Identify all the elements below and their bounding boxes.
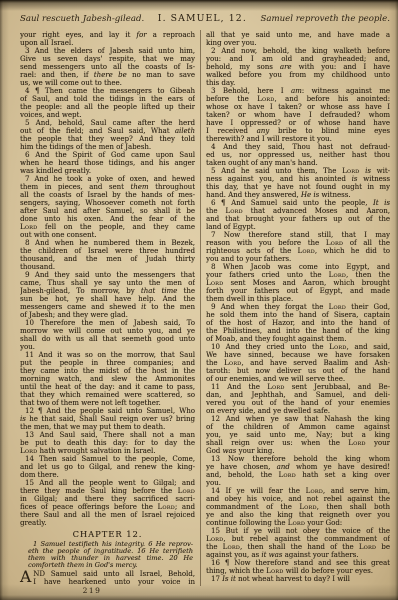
- text-line: commandment of the Lord, then shall both: [206, 503, 390, 511]
- text-line: of the host of Hazor, and into the hand …: [206, 319, 390, 327]
- text-line: all that ye said unto me, and have made …: [206, 31, 390, 39]
- page-number: 219: [62, 586, 122, 595]
- text-line: righteous acts of the Lord, which he did…: [206, 247, 390, 255]
- text-line: and that brought your fathers up out of …: [206, 215, 390, 223]
- text-line: your right eyes, and lay it for a reproa…: [20, 31, 195, 39]
- text-line: ye have chosen, and whom ye have desired…: [206, 463, 390, 471]
- text-line: continue following the Lord your God:: [206, 519, 390, 527]
- text-line: 8 When Jacob was come into Egypt, and: [206, 263, 390, 271]
- text-line: shall reign over us: when the Lord your: [206, 439, 390, 447]
- right-column: all that ye said unto me, and have made …: [206, 31, 390, 583]
- header-left-title: Saul rescueth Jabesh-gilead.: [20, 14, 144, 24]
- text-line: Lord sent Moses and Aaron, which brought: [206, 279, 390, 287]
- text-line: 8 And when he numbered them in Bezek,: [20, 239, 195, 247]
- text-line: ND Samuel said unto all Israel, Behold,: [33, 570, 195, 578]
- text-line: out of the field; and Saul said, What ai…: [20, 127, 195, 135]
- chapter-summary: 1 Samuel testifieth his integrity. 6 He …: [20, 541, 195, 569]
- text-line: sun be hot, ye shall have help. And the: [20, 295, 195, 303]
- text-line: walked before you from my childhood unto: [206, 71, 390, 79]
- text-line: 3 Behold, here I am: witness against me: [206, 87, 390, 95]
- text-line: upon all Israel.: [20, 39, 195, 47]
- text-line: taken ought of any man's hand.: [206, 159, 390, 167]
- text-line: there they made Saul king before the Lor…: [20, 487, 195, 495]
- text-line: 4 ¶ Then came the messengers to Gibeah: [20, 87, 195, 95]
- text-line: out with one consent.: [20, 231, 195, 239]
- text-line: 10 Therefore the men of Jabesh said, To: [20, 319, 195, 327]
- text-line: the people that they weep? And they told: [20, 135, 195, 143]
- text-line: and obey his voice, and not rebel agains…: [206, 495, 390, 503]
- text-line: came, Thus shall ye say unto the men of: [20, 279, 195, 287]
- text-line: you, ye said unto me, Nay; but a king: [206, 431, 390, 439]
- text-line: have I oppressed? or of whose hand have: [206, 119, 390, 127]
- book-page-photo: Saul rescueth Jabesh-gilead. I. SAMUEL, …: [0, 0, 398, 600]
- text-line: and let us go to Gilgal, and renew the k…: [20, 463, 195, 471]
- text-line: thousand.: [20, 263, 195, 271]
- text-line: you.: [20, 343, 195, 351]
- drop-cap: A: [20, 570, 31, 585]
- text-line: this day.: [206, 79, 390, 87]
- text-line: against you, as it was against your fath…: [206, 551, 390, 559]
- right-column-text: all that ye said unto me, and have made …: [206, 31, 390, 583]
- left-column-text: your right eyes, and lay it for a reproa…: [20, 31, 195, 527]
- text-line: 1 Samuel testifieth his integrity. 6 He …: [28, 541, 193, 548]
- text-line: and, behold, the Lord hath set a king ov…: [206, 471, 390, 479]
- text-line: We have sinned, because we have forsaken: [206, 351, 390, 359]
- text-line: 7 And he took a yoke of oxen, and hewed: [20, 175, 195, 183]
- text-line: of Moab, and they fought against them.: [206, 335, 390, 343]
- text-line: in Gilgal; and there they sacrificed sac…: [20, 495, 195, 503]
- text-line: 14 If ye will fear the Lord, and serve h…: [206, 487, 390, 495]
- text-line: comforteth them in God's mercy.: [28, 562, 193, 569]
- text-line: 5 And he said unto them, The Lord is wit…: [206, 167, 390, 175]
- text-line: 12 And when ye saw that Nahash the king: [206, 415, 390, 423]
- text-line: reason with you before the Lord of all t…: [206, 239, 390, 247]
- text-line: send messengers unto all the coasts of I…: [20, 63, 195, 71]
- text-line: 9 And they said unto the messengers that: [20, 271, 195, 279]
- text-line: you and to your fathers.: [206, 255, 390, 263]
- text-line: them with thunder in harvest time. 20 He: [28, 555, 193, 562]
- text-line: taroth: but now deliver us out of the ha…: [206, 367, 390, 375]
- text-line: of Saul, and told the tidings in the ear…: [20, 95, 195, 103]
- text-line: thing, which the Lord will do before you…: [206, 567, 390, 575]
- text-line: of our enemies, and we will serve thee.: [206, 375, 390, 383]
- text-line: him the tidings of the men of Jabesh.: [20, 143, 195, 151]
- scanned-bible-page: Saul rescueth Jabesh-gilead. I. SAMUEL, …: [0, 0, 398, 600]
- text-line: Jabesh-gilead, To morrow, by that time t…: [20, 287, 195, 295]
- text-line: all the coasts of Israel by the hands of…: [20, 191, 195, 199]
- text-line: them in pieces, and sent them throughout: [20, 183, 195, 191]
- text-line: 7 Now therefore stand still, that I may: [206, 231, 390, 239]
- text-line: was kindled greatly.: [20, 167, 195, 175]
- text-line: ye and also the king that reigneth over …: [206, 511, 390, 519]
- text-line: until the heat of the day: and it came t…: [20, 383, 195, 391]
- text-line: shall do with us all that seemeth good u…: [20, 335, 195, 343]
- text-line: that they which remained were scattered,…: [20, 391, 195, 399]
- text-line: the people: and all the people lifted up…: [20, 103, 195, 111]
- text-line: after Saul and after Samuel, so shall it…: [20, 207, 195, 215]
- text-line: be put to death this day: for to day the: [20, 439, 195, 447]
- text-line: 2 And now, behold, the king walketh befo…: [206, 47, 390, 55]
- text-line: Lord, but rebel against the commandment …: [206, 535, 390, 543]
- text-line: 10 And they cried unto the Lord, and sai…: [206, 343, 390, 351]
- text-line: on every side, and ye dwelled safe.: [206, 407, 390, 415]
- text-line: this day, that ye have not found ought i…: [206, 183, 390, 191]
- text-line: 3 And the elders of Jabesh said unto him…: [20, 47, 195, 55]
- text-line: king over you.: [206, 39, 390, 47]
- text-line: messengers came and shewed it to the men: [20, 303, 195, 311]
- text-line: is he that said, Shall Saul reign over u…: [20, 415, 195, 423]
- text-line: you.: [206, 479, 390, 487]
- text-line: God was your king.: [206, 447, 390, 455]
- text-line: greatly.: [20, 519, 195, 527]
- text-line: sengers, saying, Whosoever cometh not fo…: [20, 199, 195, 207]
- text-line: 15 And all the people went to Gilgal; an…: [20, 479, 195, 487]
- text-line: fices of peace offerings before the Lord…: [20, 503, 195, 511]
- text-line: Give us seven days' respite, that we may: [20, 55, 195, 63]
- text-line: vered you out of the hand of your enemie…: [206, 399, 390, 407]
- text-line: eth the people of ingratitude. 16 He ter…: [28, 548, 193, 555]
- text-line: Lord fell on the people, and they came: [20, 223, 195, 231]
- text-line: ed us, nor oppressed us, neither hast th…: [206, 151, 390, 159]
- text-line: 4 And they said, Thou hast not defraud-: [206, 143, 390, 151]
- text-line: 14 Then said Samuel to the people, Come,: [20, 455, 195, 463]
- text-line: 6 ¶ And Samuel said unto the people, It …: [206, 199, 390, 207]
- text-line: he sold them into the hand of Sisera, ca…: [206, 311, 390, 319]
- verse-1-paragraph: A ND Samuel said unto all Israel, Behold…: [20, 570, 195, 586]
- text-line: the Lord, then shall the hand of the Lor…: [206, 543, 390, 551]
- text-line: 13 And Saul said, There shall not a man: [20, 431, 195, 439]
- text-line: the Lord that advanced Moses and Aaron,: [206, 207, 390, 215]
- text-line: 6 And the Spirit of God came upon Saul: [20, 151, 195, 159]
- text-line: them dwell in this place.: [206, 295, 390, 303]
- text-line: you: and I am old and grayheaded; and,: [206, 55, 390, 63]
- text-line: 11 And it was so on the morrow, that Sau…: [20, 351, 195, 359]
- text-line: there Saul and all the men of Israel rej…: [20, 511, 195, 519]
- text-line: 12 ¶ And the people said unto Samuel, Wh…: [20, 407, 195, 415]
- text-line: the men, that we may put them to death.: [20, 423, 195, 431]
- text-line: 15 But if ye will not obey the voice of …: [206, 527, 390, 535]
- text-line: whose ox have I taken? or whose ass have…: [206, 103, 390, 111]
- text-line: taken? or whom have I defrauded? whom: [206, 111, 390, 119]
- text-line: they came into the midst of the host in …: [20, 367, 195, 375]
- text-line: hand. And they answered, He is witness.: [206, 191, 390, 199]
- text-line: 11 And the Lord sent Jerubbaal, and Be-: [206, 383, 390, 391]
- text-line: I have hearkened unto your voice in: [33, 578, 195, 586]
- text-line: before the Lord, and before his anointed…: [206, 95, 390, 103]
- left-column: your right eyes, and lay it for a reproa…: [20, 31, 195, 586]
- text-line: land of Egypt.: [206, 223, 390, 231]
- text-line: forth your fathers out of Egypt, and mad…: [206, 287, 390, 295]
- text-line: the Lord, and have served Baalim and Ash…: [206, 359, 390, 367]
- text-line: 5 And, behold, Saul came after the herd: [20, 119, 195, 127]
- text-line: 13 Now therefore behold the king whom: [206, 455, 390, 463]
- text-line: put the people in three companies; and: [20, 359, 195, 367]
- text-line: thousand, and the men of Judah thirty: [20, 255, 195, 263]
- text-line: Lord hath wrought salvation in Israel.: [20, 447, 195, 455]
- column-divider-rule: [200, 30, 201, 586]
- text-line: your fathers cried unto the Lord, then t…: [206, 271, 390, 279]
- text-line: when he heard those tidings, and his ang…: [20, 159, 195, 167]
- text-line: 16 ¶ Now therefore stand and see this gr…: [206, 559, 390, 567]
- text-line: dom there.: [20, 471, 195, 479]
- text-line: the children of Israel were three hundre…: [20, 247, 195, 255]
- text-line: therewith? and I will restore it you.: [206, 135, 390, 143]
- text-line: dan, and Jephthah, and Samuel, and deli-: [206, 391, 390, 399]
- text-line: I received any bribe to blind mine eyes: [206, 127, 390, 135]
- header-book-chapter: I. SAMUEL, 12.: [158, 13, 247, 24]
- header-right-title: Samuel reproveth the people.: [260, 14, 390, 24]
- text-line: of Jabesh; and they were glad.: [20, 311, 195, 319]
- text-line: 9 And when they forgat the Lord their Go…: [206, 303, 390, 311]
- text-line: of the children of Ammon came against: [206, 423, 390, 431]
- text-line: the Philistines, and into the hand of th…: [206, 327, 390, 335]
- text-line: us, we will come out to thee.: [20, 79, 195, 87]
- text-line: morning watch, and slew the Ammonites: [20, 375, 195, 383]
- text-line: behold, my sons are with you: and I have: [206, 63, 390, 71]
- text-line: that two of them were not left together.: [20, 399, 195, 407]
- text-line: done unto his oxen. And the fear of the: [20, 215, 195, 223]
- text-line: 17 Is it not wheat harvest to day? I wil…: [206, 575, 390, 583]
- text-line: voices, and wept.: [20, 111, 195, 119]
- text-line: morrow we will come out unto you, and ye: [20, 327, 195, 335]
- chapter-heading: CHAPTER 12.: [20, 530, 195, 539]
- running-header: Saul rescueth Jabesh-gilead. I. SAMUEL, …: [20, 13, 390, 24]
- text-line: ness against you, and his anointed is wi…: [206, 175, 390, 183]
- text-line: rael: and then, if there be no man to sa…: [20, 71, 195, 79]
